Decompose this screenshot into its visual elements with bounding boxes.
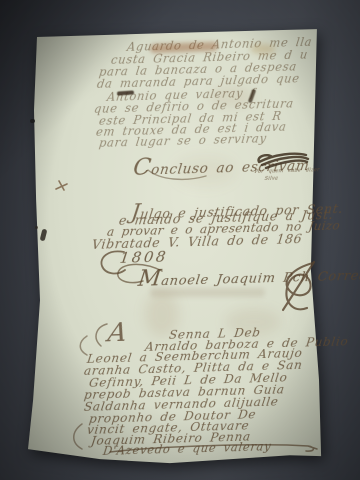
left-bracket-flourish	[80, 336, 87, 355]
lead-initial: A	[106, 317, 129, 348]
date-1808: 1808	[119, 248, 170, 267]
edge-speck	[30, 119, 35, 123]
margin-note-line: Por quem cabe dizer	[254, 167, 320, 175]
initial-a-swash	[96, 324, 107, 346]
ochre-stain	[250, 44, 276, 54]
ghost-writing	[150, 288, 265, 297]
margin-x-mark	[56, 181, 67, 190]
ink-layer: Aguardo de Antonio me lla custa Gracia R…	[0, 0, 360, 480]
ink-blot	[40, 229, 48, 242]
conclusion-line: Concluso ao escrivam	[132, 150, 312, 181]
margin-note-line: Silva	[264, 176, 278, 182]
photo-background: Aguardo de Antonio me lla custa Gracia R…	[0, 0, 360, 480]
left-bracket-flourish	[74, 424, 82, 449]
edge-speck	[35, 226, 38, 229]
